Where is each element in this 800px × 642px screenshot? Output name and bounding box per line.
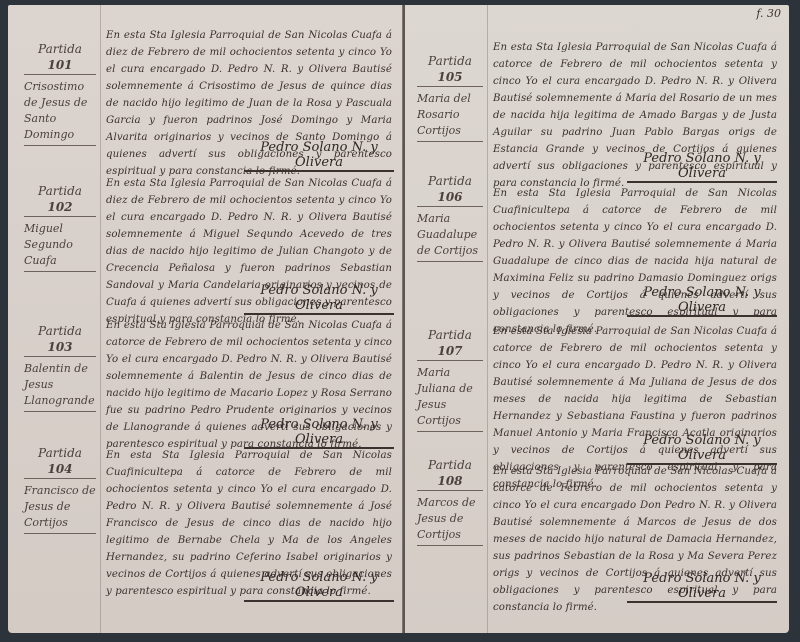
margin-note-106: Partida 106 Maria Guadalupe de Cortijos: [417, 173, 483, 262]
signature-line-2: Olivera: [244, 155, 394, 172]
partida-label: Partida: [417, 53, 483, 69]
signature-106: Pedro Solano N. y Olivera: [627, 285, 777, 317]
partida-number: 104: [24, 461, 96, 479]
signature-line-2: Olivera: [244, 585, 394, 602]
partida-number: 107: [417, 343, 483, 361]
partida-number: 105: [417, 69, 483, 87]
left-page: Partida 101 Crisostimo de Jesus de Santo…: [8, 5, 404, 633]
partida-label: Partida: [24, 41, 96, 57]
partida-label: Partida: [24, 183, 96, 199]
partida-label: Partida: [417, 457, 483, 473]
margin-note-107: Partida 107 Maria Juliana de Jesus Corti…: [417, 327, 483, 432]
margin-name: Maria Guadalupe de Cortijos: [417, 211, 483, 262]
signature-line-2: Olivera: [627, 166, 777, 183]
signature-line-1: Pedro Solano N. y: [260, 140, 377, 155]
signature-line-1: Pedro Solano N. y: [643, 433, 760, 448]
margin-name: Maria del Rosario Cortijos: [417, 91, 483, 142]
partida-number: 102: [24, 199, 96, 217]
partida-number: 108: [417, 473, 483, 491]
signature-line-1: Pedro Solano N. y: [643, 151, 760, 166]
signature-103: Pedro Solano N. y Olivera: [244, 417, 394, 449]
signature-102: Pedro Solano N. y Olivera: [244, 283, 394, 315]
signature-line-1: Pedro Solano N. y: [643, 571, 760, 586]
signature-105: Pedro Solano N. y Olivera: [627, 151, 777, 183]
partida-number: 101: [24, 57, 96, 75]
signature-line-2: Olivera: [244, 298, 394, 315]
margin-note-105: Partida 105 Maria del Rosario Cortijos: [417, 53, 483, 142]
signature-line-2: Olivera: [627, 300, 777, 317]
folio-number: f. 30: [756, 7, 781, 20]
margin-name: Marcos de Jesus de Cortijos: [417, 495, 483, 546]
partida-label: Partida: [24, 323, 96, 339]
signature-108: Pedro Solano N. y Olivera: [627, 571, 777, 603]
partida-label: Partida: [417, 327, 483, 343]
margin-name: Crisostimo de Jesus de Santo Domingo: [24, 79, 96, 146]
margin-name: Balentin de Jesus Llanogrande: [24, 361, 96, 412]
margin-note-102: Partida 102 Miguel Segundo Cuafa: [24, 183, 96, 272]
signature-107: Pedro Solano N. y Olivera: [627, 433, 777, 465]
margin-name: Miguel Segundo Cuafa: [24, 221, 96, 272]
margin-note-108: Partida 108 Marcos de Jesus de Cortijos: [417, 457, 483, 546]
margin-note-101: Partida 101 Crisostimo de Jesus de Santo…: [24, 41, 96, 146]
margin-name: Maria Juliana de Jesus Cortijos: [417, 365, 483, 432]
signature-line-1: Pedro Solano N. y: [260, 570, 377, 585]
signature-line-1: Pedro Solano N. y: [643, 285, 760, 300]
signature-line-1: Pedro Solano N. y: [260, 417, 377, 432]
margin-note-103: Partida 103 Balentin de Jesus Llanogrand…: [24, 323, 96, 412]
partida-number: 103: [24, 339, 96, 357]
margin-rule: [100, 5, 101, 633]
signature-104: Pedro Solano N. y Olivera: [244, 570, 394, 602]
signature-101: Pedro Solano N. y Olivera: [244, 140, 394, 172]
partida-label: Partida: [24, 445, 96, 461]
right-page: f. 30 Partida 105 Maria del Rosario Cort…: [405, 5, 789, 633]
margin-name: Francisco de Jesus de Cortijos: [24, 483, 96, 534]
signature-line-1: Pedro Solano N. y: [260, 283, 377, 298]
margin-note-104: Partida 104 Francisco de Jesus de Cortij…: [24, 445, 96, 534]
partida-label: Partida: [417, 173, 483, 189]
signature-line-2: Olivera: [627, 586, 777, 603]
margin-rule: [487, 5, 488, 633]
partida-number: 106: [417, 189, 483, 207]
